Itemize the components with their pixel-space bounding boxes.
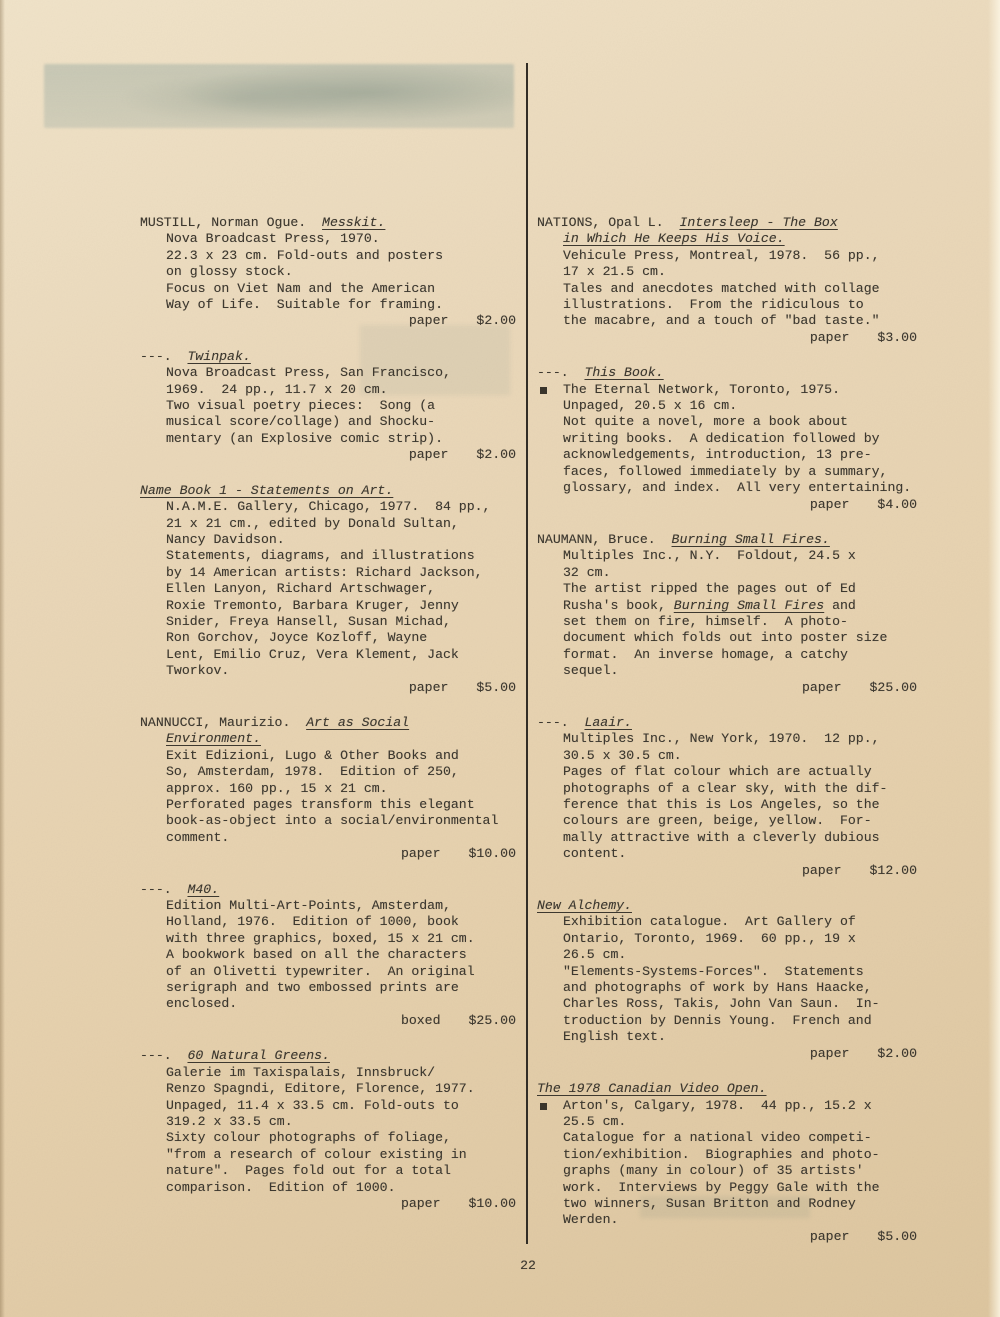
catalog-page: MUSTILL, Norman Ogue. Messkit. Nova Broa… xyxy=(0,0,1000,1317)
price-label: $2.00 xyxy=(476,447,516,463)
entry-header: ---. Laair. xyxy=(537,715,917,731)
entry-header: ---. 60 Natural Greens. xyxy=(140,1048,516,1064)
price-label: $25.00 xyxy=(870,680,917,696)
price-label: $4.00 xyxy=(877,497,917,513)
entry-price-row: paper$10.00 xyxy=(140,846,516,862)
entry-text: Vehicule Press, Montreal, 1978. 56 pp., … xyxy=(563,248,880,329)
binding-label: paper xyxy=(409,680,449,696)
entry-header: ---. M40. xyxy=(140,882,516,898)
entry-author: ---. xyxy=(537,715,584,730)
entry-body: Arton's, Calgary, 1978. 44 pp., 15.2 x 2… xyxy=(537,1098,917,1229)
entry-header: NAUMANN, Bruce. Burning Small Fires. xyxy=(537,532,917,548)
entry-title: New Alchemy. xyxy=(537,898,632,913)
entry-price-row: paper$5.00 xyxy=(537,1229,917,1245)
entry-body: Exhibition catalogue. Art Gallery of Ont… xyxy=(537,914,917,1045)
page-number: 22 xyxy=(504,1258,552,1273)
catalog-entry: NANNUCCI, Maurizio. Art as Social Enviro… xyxy=(140,715,516,863)
entry-text: Arton's, Calgary, 1978. 44 pp., 15.2 x 2… xyxy=(563,1098,880,1228)
entry-header: Name Book 1 - Statements on Art. xyxy=(140,483,516,499)
entry-body: Edition Multi-Art-Points, Amsterdam, Hol… xyxy=(140,898,516,1013)
binding-label: paper xyxy=(401,1196,441,1212)
entry-title: Messkit. xyxy=(322,215,385,230)
catalog-entry: The 1978 Canadian Video Open. Arton's, C… xyxy=(537,1081,917,1245)
entry-price-row: paper$12.00 xyxy=(537,863,917,879)
catalog-entry: MUSTILL, Norman Ogue. Messkit. Nova Broa… xyxy=(140,215,516,330)
entry-title: Name Book 1 - Statements on Art. xyxy=(140,483,393,498)
binding-label: paper xyxy=(409,313,449,329)
price-label: $10.00 xyxy=(469,1196,516,1212)
price-label: $25.00 xyxy=(469,1013,516,1029)
entry-text: Exit Edizioni, Lugo & Other Books and So… xyxy=(166,748,498,845)
entry-header: NANNUCCI, Maurizio. Art as Social Enviro… xyxy=(140,715,516,748)
entry-body: Nova Broadcast Press, San Francisco, 196… xyxy=(140,365,516,447)
entry-text: N.A.M.E. Gallery, Chicago, 1977. 84 pp.,… xyxy=(166,499,490,678)
binding-label: boxed xyxy=(401,1013,441,1029)
entry-price-row: paper$25.00 xyxy=(537,680,917,696)
entry-title: Burning Small Fires. xyxy=(672,532,830,547)
entry-title: M40. xyxy=(187,882,219,897)
binding-label: paper xyxy=(810,1229,850,1245)
entry-text: Nova Broadcast Press, 1970. 22.3 x 23 cm… xyxy=(166,231,443,312)
price-label: $10.00 xyxy=(469,846,516,862)
entry-body: Multiples Inc., New York, 1970. 12 pp., … xyxy=(537,731,917,862)
entry-author: NANNUCCI, Maurizio. xyxy=(140,715,306,730)
entry-body: Exit Edizioni, Lugo & Other Books and So… xyxy=(140,748,516,846)
entry-price-row: paper$2.00 xyxy=(140,313,516,329)
entry-header: MUSTILL, Norman Ogue. Messkit. xyxy=(140,215,516,231)
entry-inline-title: Burning Small Fires xyxy=(674,598,824,613)
catalog-entry: ---. 60 Natural Greens. Galerie im Taxis… xyxy=(140,1048,516,1212)
catalog-entry: ---. Laair. Multiples Inc., New York, 19… xyxy=(537,715,917,879)
catalog-entry: ---. Twinpak. Nova Broadcast Press, San … xyxy=(140,349,516,464)
right-column: NATIONS, Opal L. Intersleep - The Box in… xyxy=(537,215,917,1264)
catalog-entry: ---. M40. Edition Multi-Art-Points, Amst… xyxy=(140,882,516,1030)
entry-author: NAUMANN, Bruce. xyxy=(537,532,672,547)
entry-header: NATIONS, Opal L. Intersleep - The Box in… xyxy=(537,215,917,248)
catalog-entry: NAUMANN, Bruce. Burning Small Fires. Mul… xyxy=(537,532,917,696)
entry-author: ---. xyxy=(140,349,187,364)
catalog-entry: New Alchemy. Exhibition catalogue. Art G… xyxy=(537,898,917,1062)
entry-body: Vehicule Press, Montreal, 1978. 56 pp., … xyxy=(537,248,917,330)
catalog-entry: Name Book 1 - Statements on Art. N.A.M.E… xyxy=(140,483,516,696)
entry-author: ---. xyxy=(537,365,584,380)
entry-body: N.A.M.E. Gallery, Chicago, 1977. 84 pp.,… xyxy=(140,499,516,679)
entry-header: ---. Twinpak. xyxy=(140,349,516,365)
binding-label: paper xyxy=(802,680,842,696)
binding-label: paper xyxy=(810,497,850,513)
catalog-entry: NATIONS, Opal L. Intersleep - The Box in… xyxy=(537,215,917,346)
column-divider-rule xyxy=(526,63,528,1244)
binding-label: paper xyxy=(810,330,850,346)
entry-text: Exhibition catalogue. Art Gallery of Ont… xyxy=(563,914,880,1044)
entry-title: 60 Natural Greens. xyxy=(187,1048,329,1063)
entry-price-row: paper$10.00 xyxy=(140,1196,516,1212)
entry-header: The 1978 Canadian Video Open. xyxy=(537,1081,917,1097)
entry-text: Edition Multi-Art-Points, Amsterdam, Hol… xyxy=(166,898,475,1011)
entry-author: NATIONS, Opal L. xyxy=(537,215,679,230)
entry-author: MUSTILL, Norman Ogue. xyxy=(140,215,322,230)
entry-header: ---. This Book. xyxy=(537,365,917,381)
entry-body: Multiples Inc., N.Y. Foldout, 24.5 x 32 … xyxy=(537,548,917,679)
entry-body: Galerie im Taxispalais, Innsbruck/ Renzo… xyxy=(140,1065,516,1196)
entry-text: Galerie im Taxispalais, Innsbruck/ Renzo… xyxy=(166,1065,475,1195)
price-label: $2.00 xyxy=(877,1046,917,1062)
entry-price-row: boxed$25.00 xyxy=(140,1013,516,1029)
entry-author: ---. xyxy=(140,882,187,897)
square-bullet-icon xyxy=(540,387,547,394)
show-through-headline-band xyxy=(44,64,514,128)
price-label: $2.00 xyxy=(476,313,516,329)
entry-price-row: paper$3.00 xyxy=(537,330,917,346)
left-page-edge xyxy=(0,0,5,1317)
entry-body: Nova Broadcast Press, 1970. 22.3 x 23 cm… xyxy=(140,231,516,313)
entry-price-row: paper$5.00 xyxy=(140,680,516,696)
entry-price-row: paper$2.00 xyxy=(140,447,516,463)
entry-price-row: paper$2.00 xyxy=(537,1046,917,1062)
entry-author: ---. xyxy=(140,1048,187,1063)
catalog-entry: ---. This Book. The Eternal Network, Tor… xyxy=(537,365,917,513)
left-column: MUSTILL, Norman Ogue. Messkit. Nova Broa… xyxy=(140,215,516,1231)
entry-price-row: paper$4.00 xyxy=(537,497,917,513)
square-bullet-icon xyxy=(540,1103,547,1110)
binding-label: paper xyxy=(802,863,842,879)
entry-title: The 1978 Canadian Video Open. xyxy=(537,1081,767,1096)
entry-body: The Eternal Network, Toronto, 1975. Unpa… xyxy=(537,382,917,497)
entry-header: New Alchemy. xyxy=(537,898,917,914)
price-label: $5.00 xyxy=(476,680,516,696)
binding-label: paper xyxy=(401,846,441,862)
binding-label: paper xyxy=(409,447,449,463)
entry-text: Multiples Inc., New York, 1970. 12 pp., … xyxy=(563,731,887,861)
entry-text: Nova Broadcast Press, San Francisco, 196… xyxy=(166,365,451,446)
entry-title: This Book. xyxy=(584,365,663,380)
binding-label: paper xyxy=(810,1046,850,1062)
entry-title: Laair. xyxy=(584,715,631,730)
price-label: $3.00 xyxy=(877,330,917,346)
entry-title: Twinpak. xyxy=(187,349,250,364)
price-label: $12.00 xyxy=(870,863,917,879)
right-page-edge xyxy=(988,0,1000,1317)
entry-text: The Eternal Network, Toronto, 1975. Unpa… xyxy=(563,382,911,495)
price-label: $5.00 xyxy=(877,1229,917,1245)
